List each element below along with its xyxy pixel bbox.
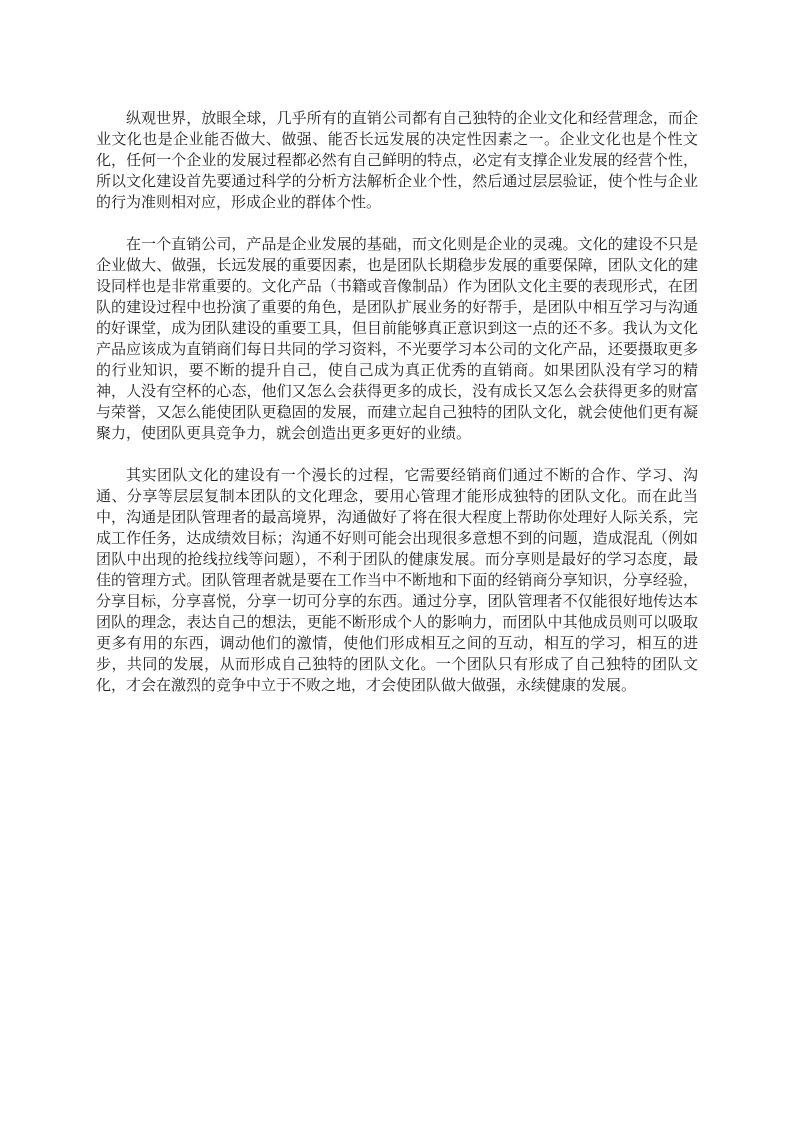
- paragraph-company-culture-overview: 纵观世界，放眼全球，几乎所有的直销公司都有自己独特的企业文化和经营理念，而企业文…: [96, 109, 698, 214]
- document-text-block: 纵观世界，放眼全球，几乎所有的直销公司都有自己独特的企业文化和经营理念，而企业文…: [96, 109, 698, 697]
- paragraph-team-culture-building-process: 其实团队文化的建设有一个漫长的过程，它需要经销商们通过不断的合作、学习、沟通、分…: [96, 466, 698, 697]
- document-page: 纵观世界，放眼全球，几乎所有的直销公司都有自己独特的企业文化和经营理念，而企业文…: [0, 0, 793, 1122]
- paragraph-culture-products-learning: 在一个直销公司，产品是企业发展的基础，而文化则是企业的灵魂。文化的建设不只是企业…: [96, 235, 698, 445]
